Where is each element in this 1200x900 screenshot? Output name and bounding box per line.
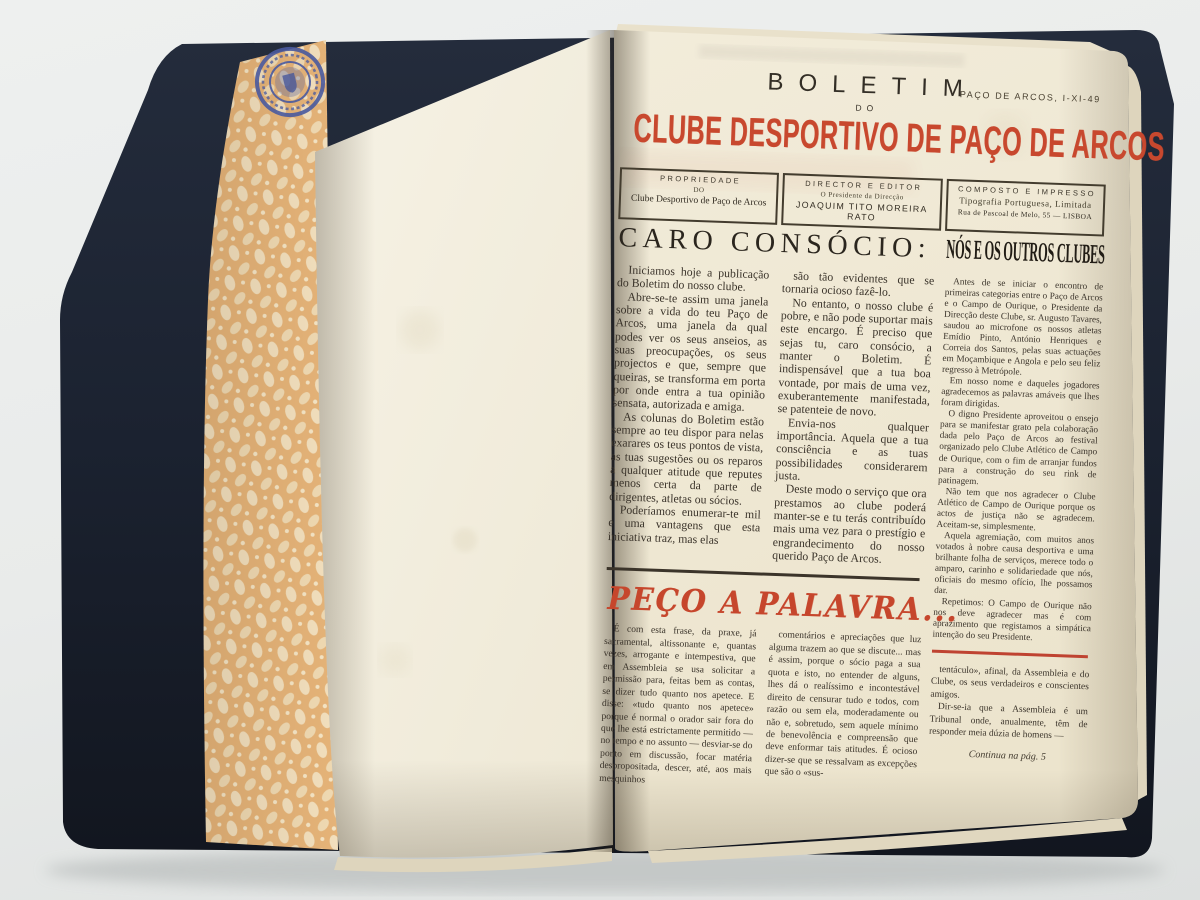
infobox-value: JOAQUIM TITO MOREIRA RATO [787,199,937,224]
paragraph: comentários e apreciações que luz alguma… [764,629,921,784]
paragraph: O digno Presidente aproveitou o ensejo p… [938,408,1099,491]
article-peco-continuation: tentáculo», afinal, da Assembleia e do C… [929,664,1090,744]
continua-note: Continua na pág. 5 [928,748,1086,765]
paragraph: No entanto, o nosso clube é pobre, e não… [777,296,933,421]
red-divider [932,650,1088,659]
paragraph: Deste modo o serviço que ora prestamos a… [772,482,927,567]
paragraph: Em nosso nome e daqueles jogadores agrad… [941,375,1100,414]
article-nos: NÓS E OS OUTROS CLUBES Antes de se inici… [927,234,1105,803]
article-caro-col2: são tão evidentes que se tornaria ocioso… [772,269,934,567]
paragraph: Poderíamos enumerar-te mil e uma vantage… [608,503,761,548]
paragraph: Aquela agremiação, com muitos anos votad… [934,529,1094,601]
infobox-director: DIRECTOR E EDITOR O Presidente da Direcç… [781,173,942,231]
article-peco-col1: É com esta frase, da praxe, já sacrament… [599,623,757,790]
article-peco-title: PEÇO A PALAVRA... [607,580,959,629]
paragraph: As colunas do Boletim estão sempre ao te… [609,410,764,509]
masthead: BOLETIM DO CLUBE DESPORTIVO DE PAÇO DE A… [613,63,1115,154]
page-columns: CARO CONSÓCIO: Iniciamos hoje a publicaç… [599,222,1105,802]
paragraph: Envia-nos qualquer importância. Aquela q… [775,416,929,488]
article-peco-col2: comentários e apreciações que luz alguma… [764,629,922,796]
infobox-propriedade: PROPRIEDADE DO Clube Desportivo de Paço … [618,167,779,225]
article-peco: PEÇO A PALAVRA... É com esta frase, da p… [599,579,923,796]
paragraph: tentáculo», afinal, da Assembleia e do C… [930,664,1089,707]
paragraph: É com esta frase, da praxe, já sacrament… [599,623,757,790]
section-divider [607,567,920,581]
infobox-impressao: COMPOSTO E IMPRESSO Tipografia Portugues… [945,179,1106,237]
paragraph: Não tem que nos agradecer o Clube Atléti… [936,485,1095,535]
article-caro-body: Iniciamos hoje a publicação do Boletim d… [607,263,934,567]
paragraph: Dir-se-ia que a Assembleia é um Tribunal… [929,701,1088,744]
article-caro-col1: Iniciamos hoje a publicação do Boletim d… [607,263,769,561]
article-nos-title: NÓS E OS OUTROS CLUBES [946,236,1105,272]
paragraph: Abre-se-te assim uma janela sobre a vida… [612,290,768,415]
paragraph: Antes de se iniciar o encontro de primei… [942,276,1103,381]
article-nos-title-text: NÓS E OS OUTROS CLUBES [946,234,1105,272]
article-caro: CARO CONSÓCIO: Iniciamos hoje a publicaç… [599,222,936,796]
article-peco-body: É com esta frase, da praxe, já sacrament… [599,623,922,796]
bulletin-page: PAÇO DE ARCOS, I-XI-49 BOLETIM DO CLUBE … [588,30,1117,859]
